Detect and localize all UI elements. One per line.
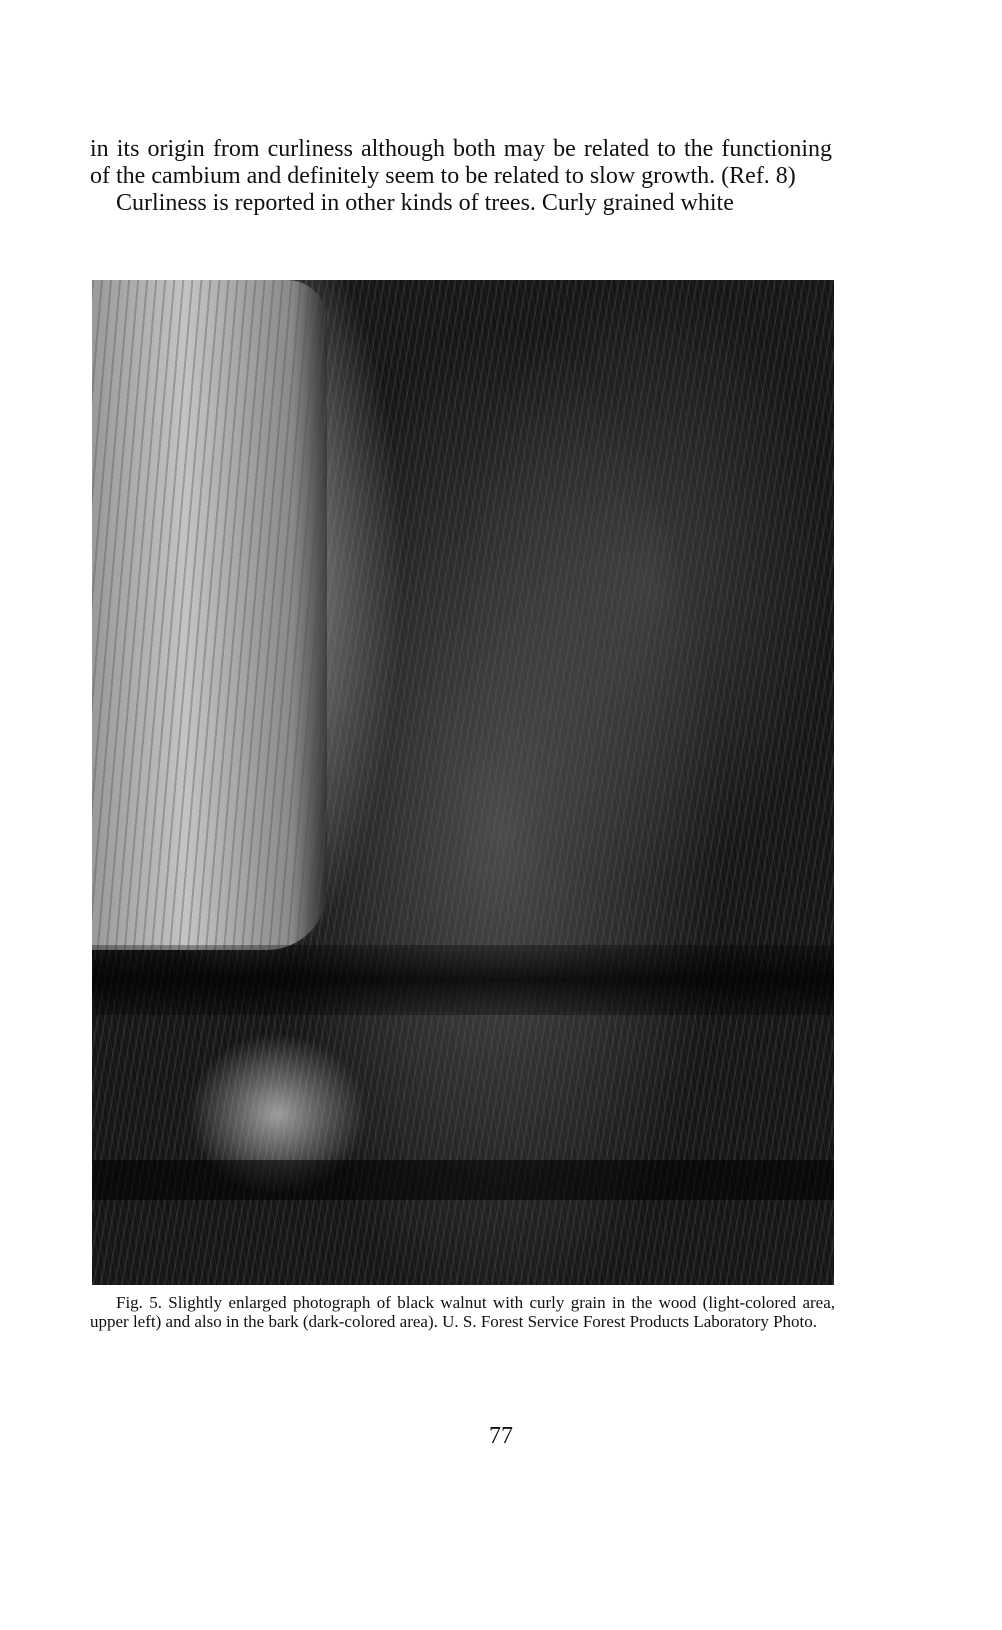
paragraph-curliness: Curliness is reported in other kinds of …	[90, 190, 832, 217]
dark-band	[92, 945, 834, 1015]
caption-text: Fig. 5. Slightly enlarged photograph of …	[90, 1293, 835, 1331]
bottom-band	[92, 1160, 834, 1200]
page-number: 77	[0, 1423, 1002, 1450]
figure-photo-black-walnut	[92, 280, 834, 1285]
figure-caption: Fig. 5. Slightly enlarged photograph of …	[90, 1293, 835, 1331]
paragraph-continuation: in its origin from curliness although bo…	[90, 136, 832, 190]
body-text: in its origin from curliness although bo…	[90, 136, 832, 217]
light-colored-wood-area	[92, 280, 327, 950]
